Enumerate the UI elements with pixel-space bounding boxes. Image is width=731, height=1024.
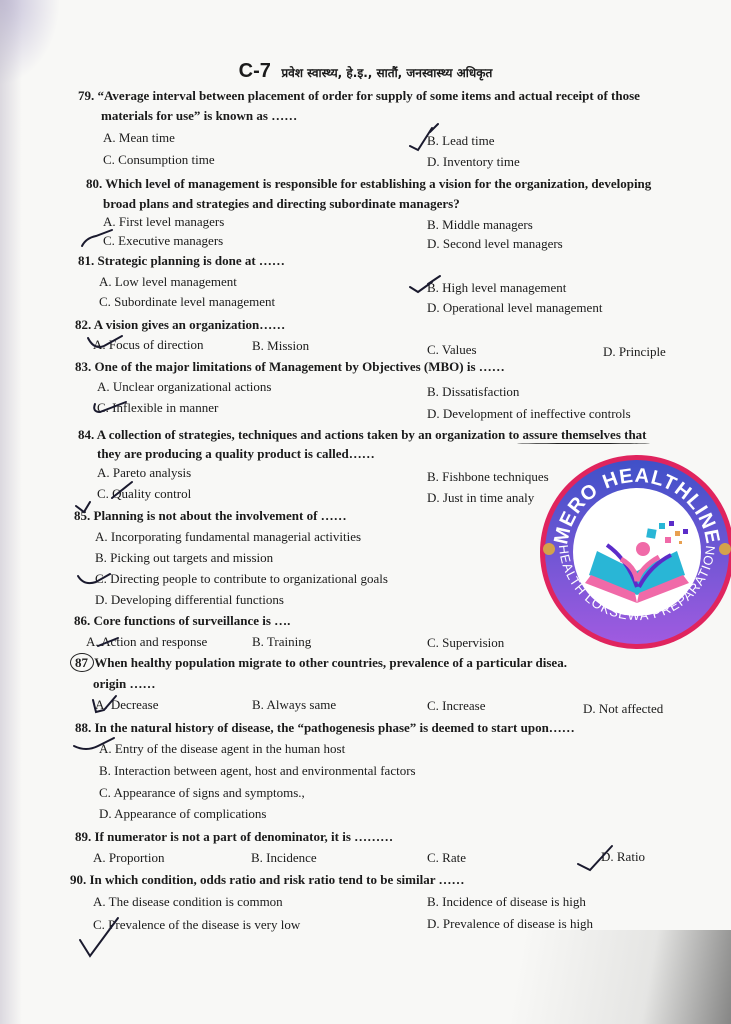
option-84-d: D. Just in time analy <box>427 490 534 506</box>
option-85-b: B. Picking out targets and mission <box>95 550 273 566</box>
option-79-d: D. Inventory time <box>427 154 520 170</box>
question-79: 79. “Average interval between placement … <box>78 88 640 104</box>
question-81: 81. Strategic planning is done at …… <box>78 253 285 269</box>
page-header: C-7 प्रवेश स्वास्थ्य, हे.इ., सातौं, जनस्… <box>0 60 731 83</box>
question-80-cont: broad plans and strategies and directing… <box>103 196 460 212</box>
option-86-c: C. Supervision <box>427 635 504 651</box>
mero-healthline-logo: MERO HEALTHLINE HEALTH LOKSEWA PREPARATI… <box>537 447 731 657</box>
option-87-c: C. Increase <box>427 698 485 714</box>
option-88-c: C. Appearance of signs and symptoms., <box>99 785 305 801</box>
option-86-a: A. Action and response <box>86 634 207 650</box>
option-83-b: B. Dissatisfaction <box>427 384 519 400</box>
option-80-b: B. Middle managers <box>427 217 533 233</box>
page-edge-shadow <box>0 0 22 1024</box>
question-87: 87 When healthy population migrate to ot… <box>75 655 567 671</box>
option-79-a: A. Mean time <box>103 130 175 146</box>
option-82-c: C. Values <box>427 342 477 358</box>
pen-underline <box>517 443 650 444</box>
option-84-b: B. Fishbone techniques <box>427 469 549 485</box>
option-87-a: A. Decrease <box>95 697 159 713</box>
option-90-c: C. Prevalence of the disease is very low <box>93 917 300 933</box>
option-88-b: B. Interaction between agent, host and e… <box>99 763 416 779</box>
question-87-cont: origin …… <box>93 676 155 692</box>
option-81-b: B. High level management <box>427 280 566 296</box>
question-86: 86. Core functions of surveillance is …. <box>74 613 290 629</box>
option-79-b: B. Lead time <box>427 133 495 149</box>
paper-subtitle: प्रवेश स्वास्थ्य, हे.इ., सातौं, जनस्वास्… <box>281 66 492 80</box>
option-82-a: A. Focus of direction <box>93 337 203 353</box>
question-85: 85. Planning is not about the involvemen… <box>74 508 347 524</box>
option-90-d: D. Prevalence of disease is high <box>427 916 593 932</box>
option-83-d: D. Development of ineffective controls <box>427 406 631 422</box>
option-84-a: A. Pareto analysis <box>97 465 191 481</box>
option-81-a: A. Low level management <box>99 274 237 290</box>
option-81-c: C. Subordinate level management <box>99 294 275 310</box>
question-90: 90. In which condition, odds ratio and r… <box>70 872 465 888</box>
option-84-c: C. Quality control <box>97 486 191 502</box>
option-80-d: D. Second level managers <box>427 236 563 252</box>
option-82-d: D. Principle <box>603 344 666 360</box>
option-89-d: D. Ratio <box>601 849 645 865</box>
option-80-a: A. First level managers <box>103 214 224 230</box>
option-83-c: C. Inflexible in manner <box>97 400 218 416</box>
option-79-c: C. Consumption time <box>103 152 215 168</box>
option-90-a: A. The disease condition is common <box>93 894 283 910</box>
question-79-cont: materials for use” is known as …… <box>101 108 297 124</box>
option-85-c: C. Directing people to contribute to org… <box>95 571 388 587</box>
option-83-a: A. Unclear organizational actions <box>97 379 271 395</box>
option-89-a: A. Proportion <box>93 850 165 866</box>
question-89: 89. If numerator is not a part of denomi… <box>75 829 393 845</box>
question-80: 80. Which level of management is respons… <box>86 176 651 192</box>
question-82: 82. A vision gives an organization…… <box>75 317 285 333</box>
option-85-a: A. Incorporating fundamental managerial … <box>95 529 361 545</box>
question-84-cont: they are producing a quality product is … <box>97 446 375 462</box>
option-90-b: B. Incidence of disease is high <box>427 894 586 910</box>
option-87-d: D. Not affected <box>583 701 663 717</box>
option-88-a: A. Entry of the disease agent in the hum… <box>99 741 345 757</box>
question-88: 88. In the natural history of disease, t… <box>75 720 575 736</box>
option-80-c: C. Executive managers <box>103 233 223 249</box>
question-83: 83. One of the major limitations of Mana… <box>75 359 505 375</box>
question-84: 84. A collection of strategies, techniqu… <box>78 427 647 443</box>
option-85-d: D. Developing differential functions <box>95 592 284 608</box>
option-88-d: D. Appearance of complications <box>99 806 267 822</box>
option-86-b: B. Training <box>252 634 311 650</box>
option-89-c: C. Rate <box>427 850 466 866</box>
option-87-b: B. Always same <box>252 697 336 713</box>
option-89-b: B. Incidence <box>251 850 317 866</box>
option-82-b: B. Mission <box>252 338 309 354</box>
paper-code: C-7 <box>239 60 271 82</box>
option-81-d: D. Operational level management <box>427 300 602 316</box>
